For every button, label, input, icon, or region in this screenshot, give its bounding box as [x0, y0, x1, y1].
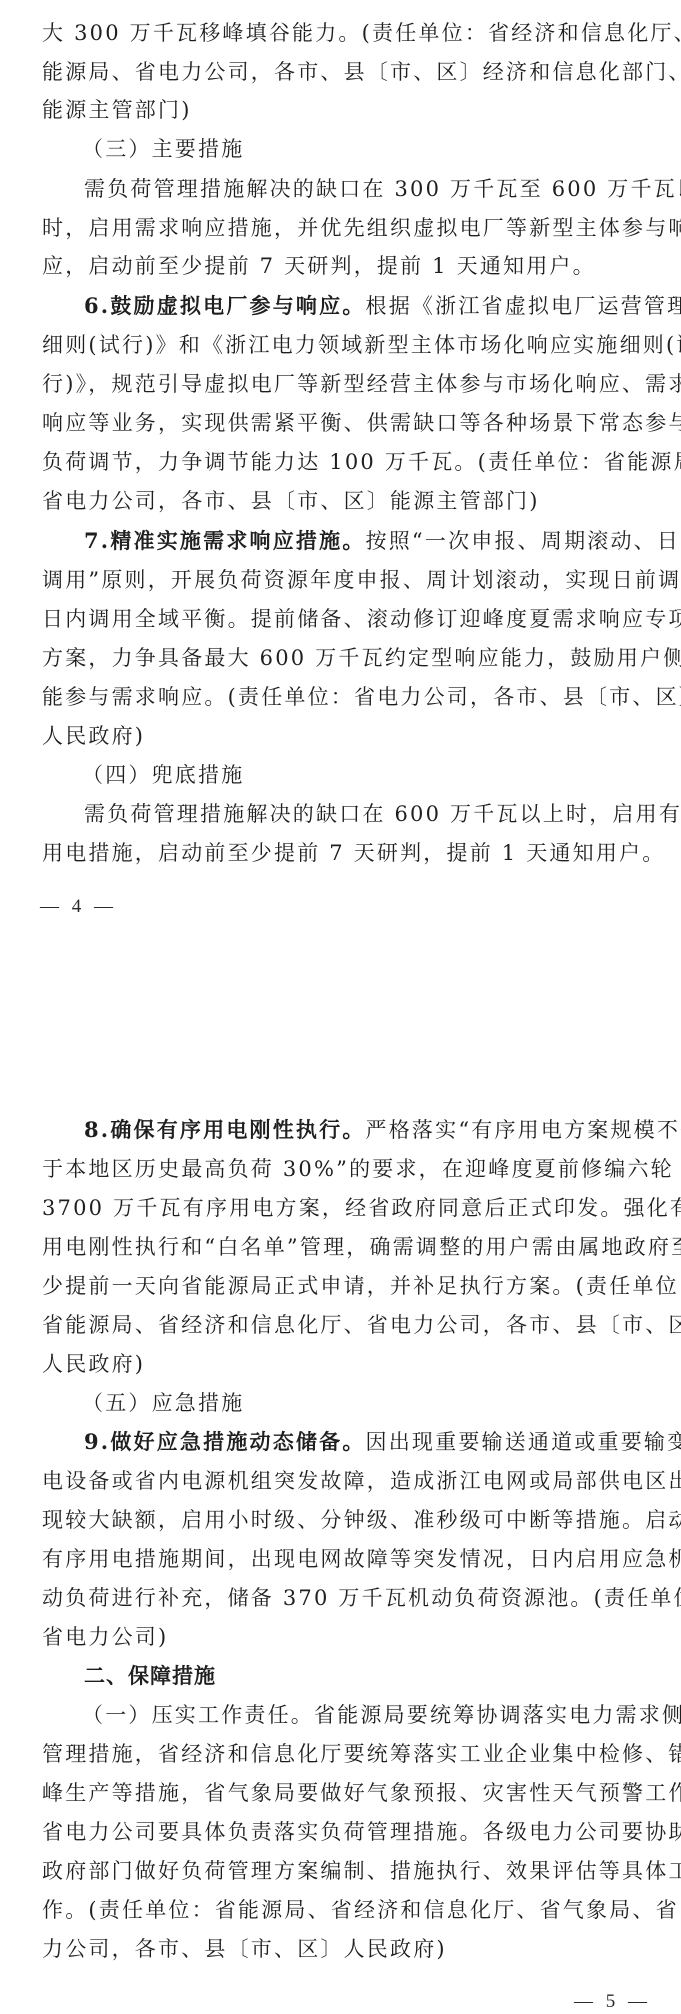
paragraph-line: 有序用电措施期间，出现电网故障等突发情况，日内启用应急机 [42, 1544, 654, 1574]
paragraph-line: 动负荷进行补充，储备 370 万千瓦机动负荷资源池。(责任单位： [42, 1583, 654, 1613]
paragraph-line: 电设备或省内电源机组突发故障，造成浙江电网或局部供电区出 [42, 1466, 654, 1496]
item-9-text: 因出现重要输送通道或重要输变 [366, 1430, 681, 1454]
paragraph-line: 省电力公司) [42, 1622, 654, 1652]
paragraph-line: 省能源局、省经济和信息化厅、省电力公司，各市、县〔市、区〕 [42, 1310, 654, 1340]
paragraph-line: 力公司，各市、县〔市、区〕人民政府) [42, 1934, 654, 1964]
paragraph-line: 管理措施，省经济和信息化厅要统筹落实工业企业集中检修、错 [42, 1739, 654, 1769]
item-8-text: 严格落实“有序用电方案规模不低 [366, 1118, 681, 1142]
paragraph-line: 用电刚性执行和“白名单”管理，确需调整的用户需由属地政府至 [42, 1232, 654, 1262]
section-heading-safeguards: 二、保障措施 [84, 1661, 681, 1691]
section-heading-5: （五）应急措施 [82, 1388, 681, 1418]
item-9-title: 9.做好应急措施动态储备。 [84, 1429, 366, 1454]
page-5: 8.确保有序用电刚性执行。严格落实“有序用电方案规模不低 于本地区历史最高负荷 … [0, 0, 681, 2014]
item-9-line: 9.做好应急措施动态储备。因出现重要输送通道或重要输变 [84, 1427, 654, 1457]
paragraph-line: 少提前一天向省能源局正式申请，并补足执行方案。(责任单位： [42, 1271, 654, 1301]
paragraph-line: （一）压实工作责任。省能源局要统筹协调落实电力需求侧 [82, 1700, 681, 1730]
item-8-title: 8.确保有序用电刚性执行。 [84, 1117, 366, 1142]
paragraph-line: 现较大缺额，启用小时级、分钟级、准秒级可中断等措施。启动 [42, 1505, 654, 1535]
paragraph-line: 作。(责任单位：省能源局、省经济和信息化厅、省气象局、省电 [42, 1895, 654, 1925]
paragraph-line: 人民政府) [42, 1349, 654, 1379]
item-8-line: 8.确保有序用电刚性执行。严格落实“有序用电方案规模不低 [84, 1115, 654, 1145]
paragraph-line: 峰生产等措施，省气象局要做好气象预报、灾害性天气预警工作， [42, 1778, 654, 1808]
paragraph-line: 政府部门做好负荷管理方案编制、措施执行、效果评估等具体工 [42, 1856, 654, 1886]
paragraph-line: 省电力公司要具体负责落实负荷管理措施。各级电力公司要协助 [42, 1817, 654, 1847]
paragraph-line: 3700 万千瓦有序用电方案，经省政府同意后正式印发。强化有序 [42, 1193, 654, 1223]
page-number-5: — 5 — [574, 1990, 651, 2014]
paragraph-line: 于本地区历史最高负荷 30%”的要求，在迎峰度夏前修编六轮 [42, 1154, 654, 1184]
